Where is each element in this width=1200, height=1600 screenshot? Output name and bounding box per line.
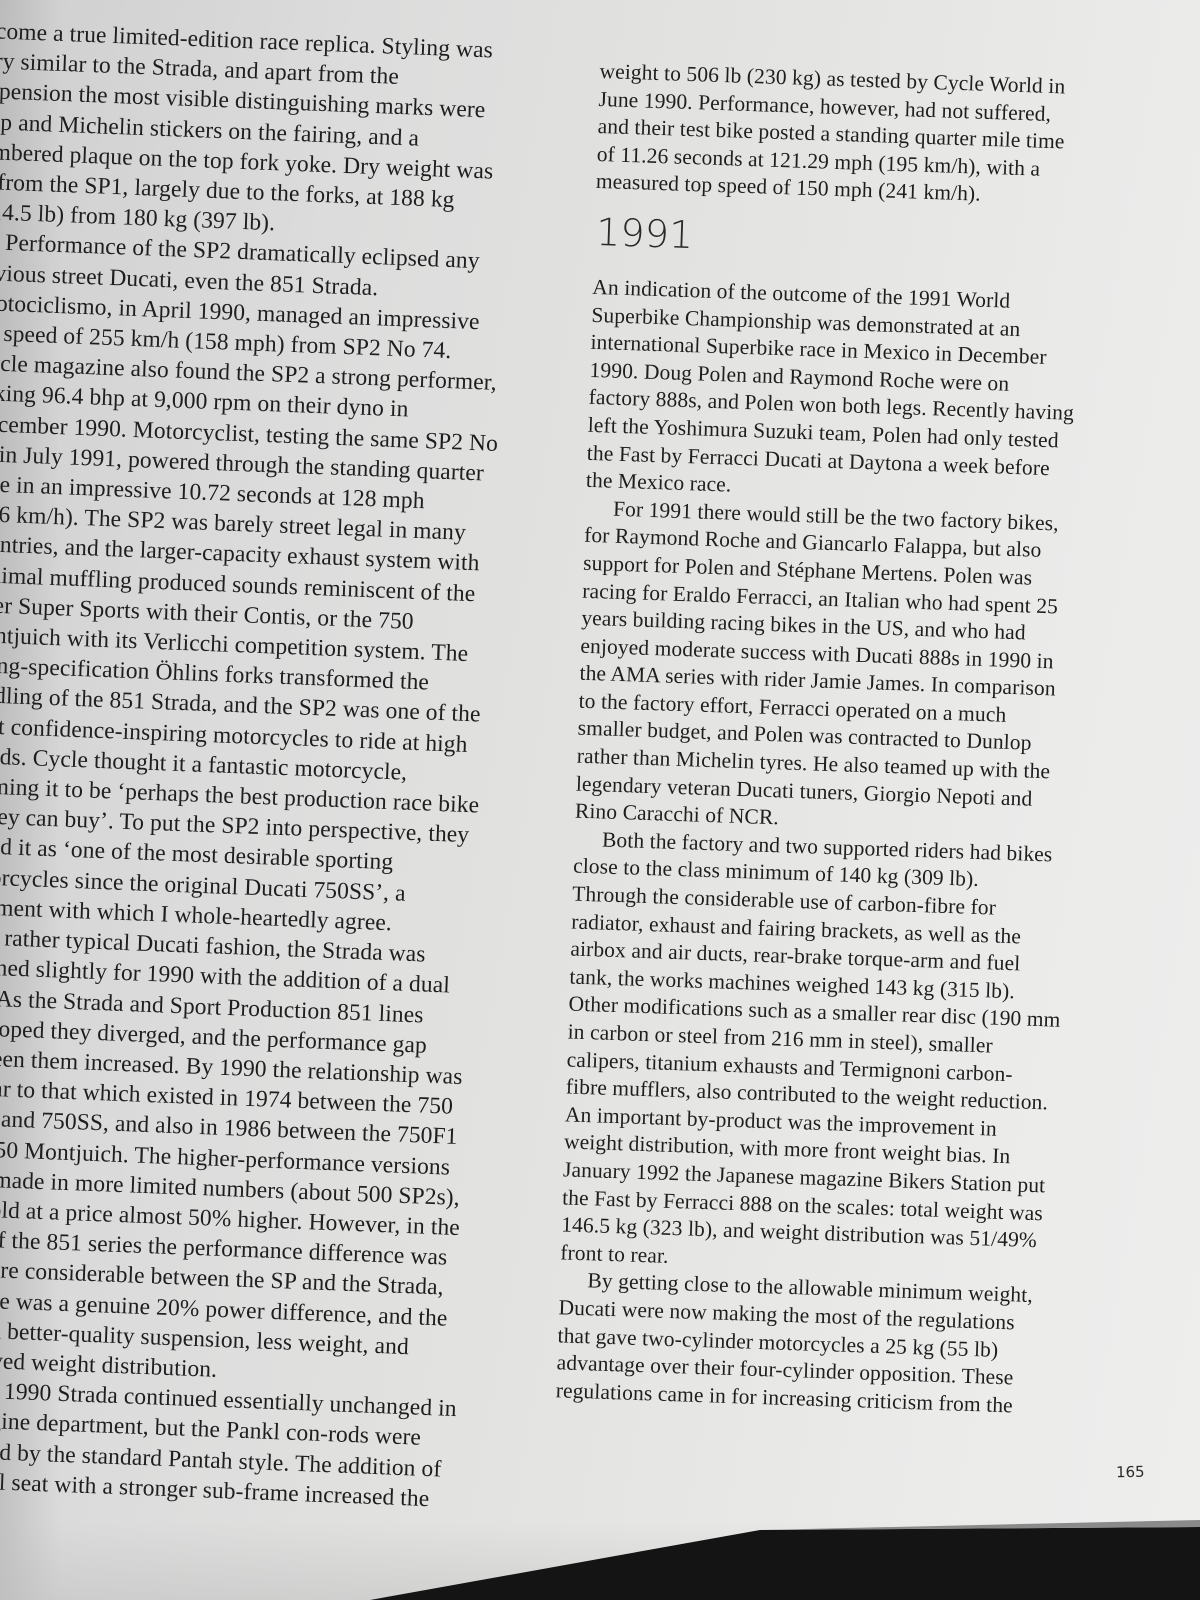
- section-heading: 1991: [596, 210, 1135, 272]
- right-text-column: weight to 506 lb (230 kg) as tested by C…: [555, 58, 1139, 1422]
- page-bottom-shadow: [0, 1520, 1200, 1600]
- book-page: ecome a true limited-edition race replic…: [0, 0, 1200, 1600]
- left-text-column: ecome a true limited-edition race replic…: [0, 16, 586, 1518]
- page-speck: [1124, 34, 1128, 44]
- page-number: 165: [1116, 1463, 1145, 1481]
